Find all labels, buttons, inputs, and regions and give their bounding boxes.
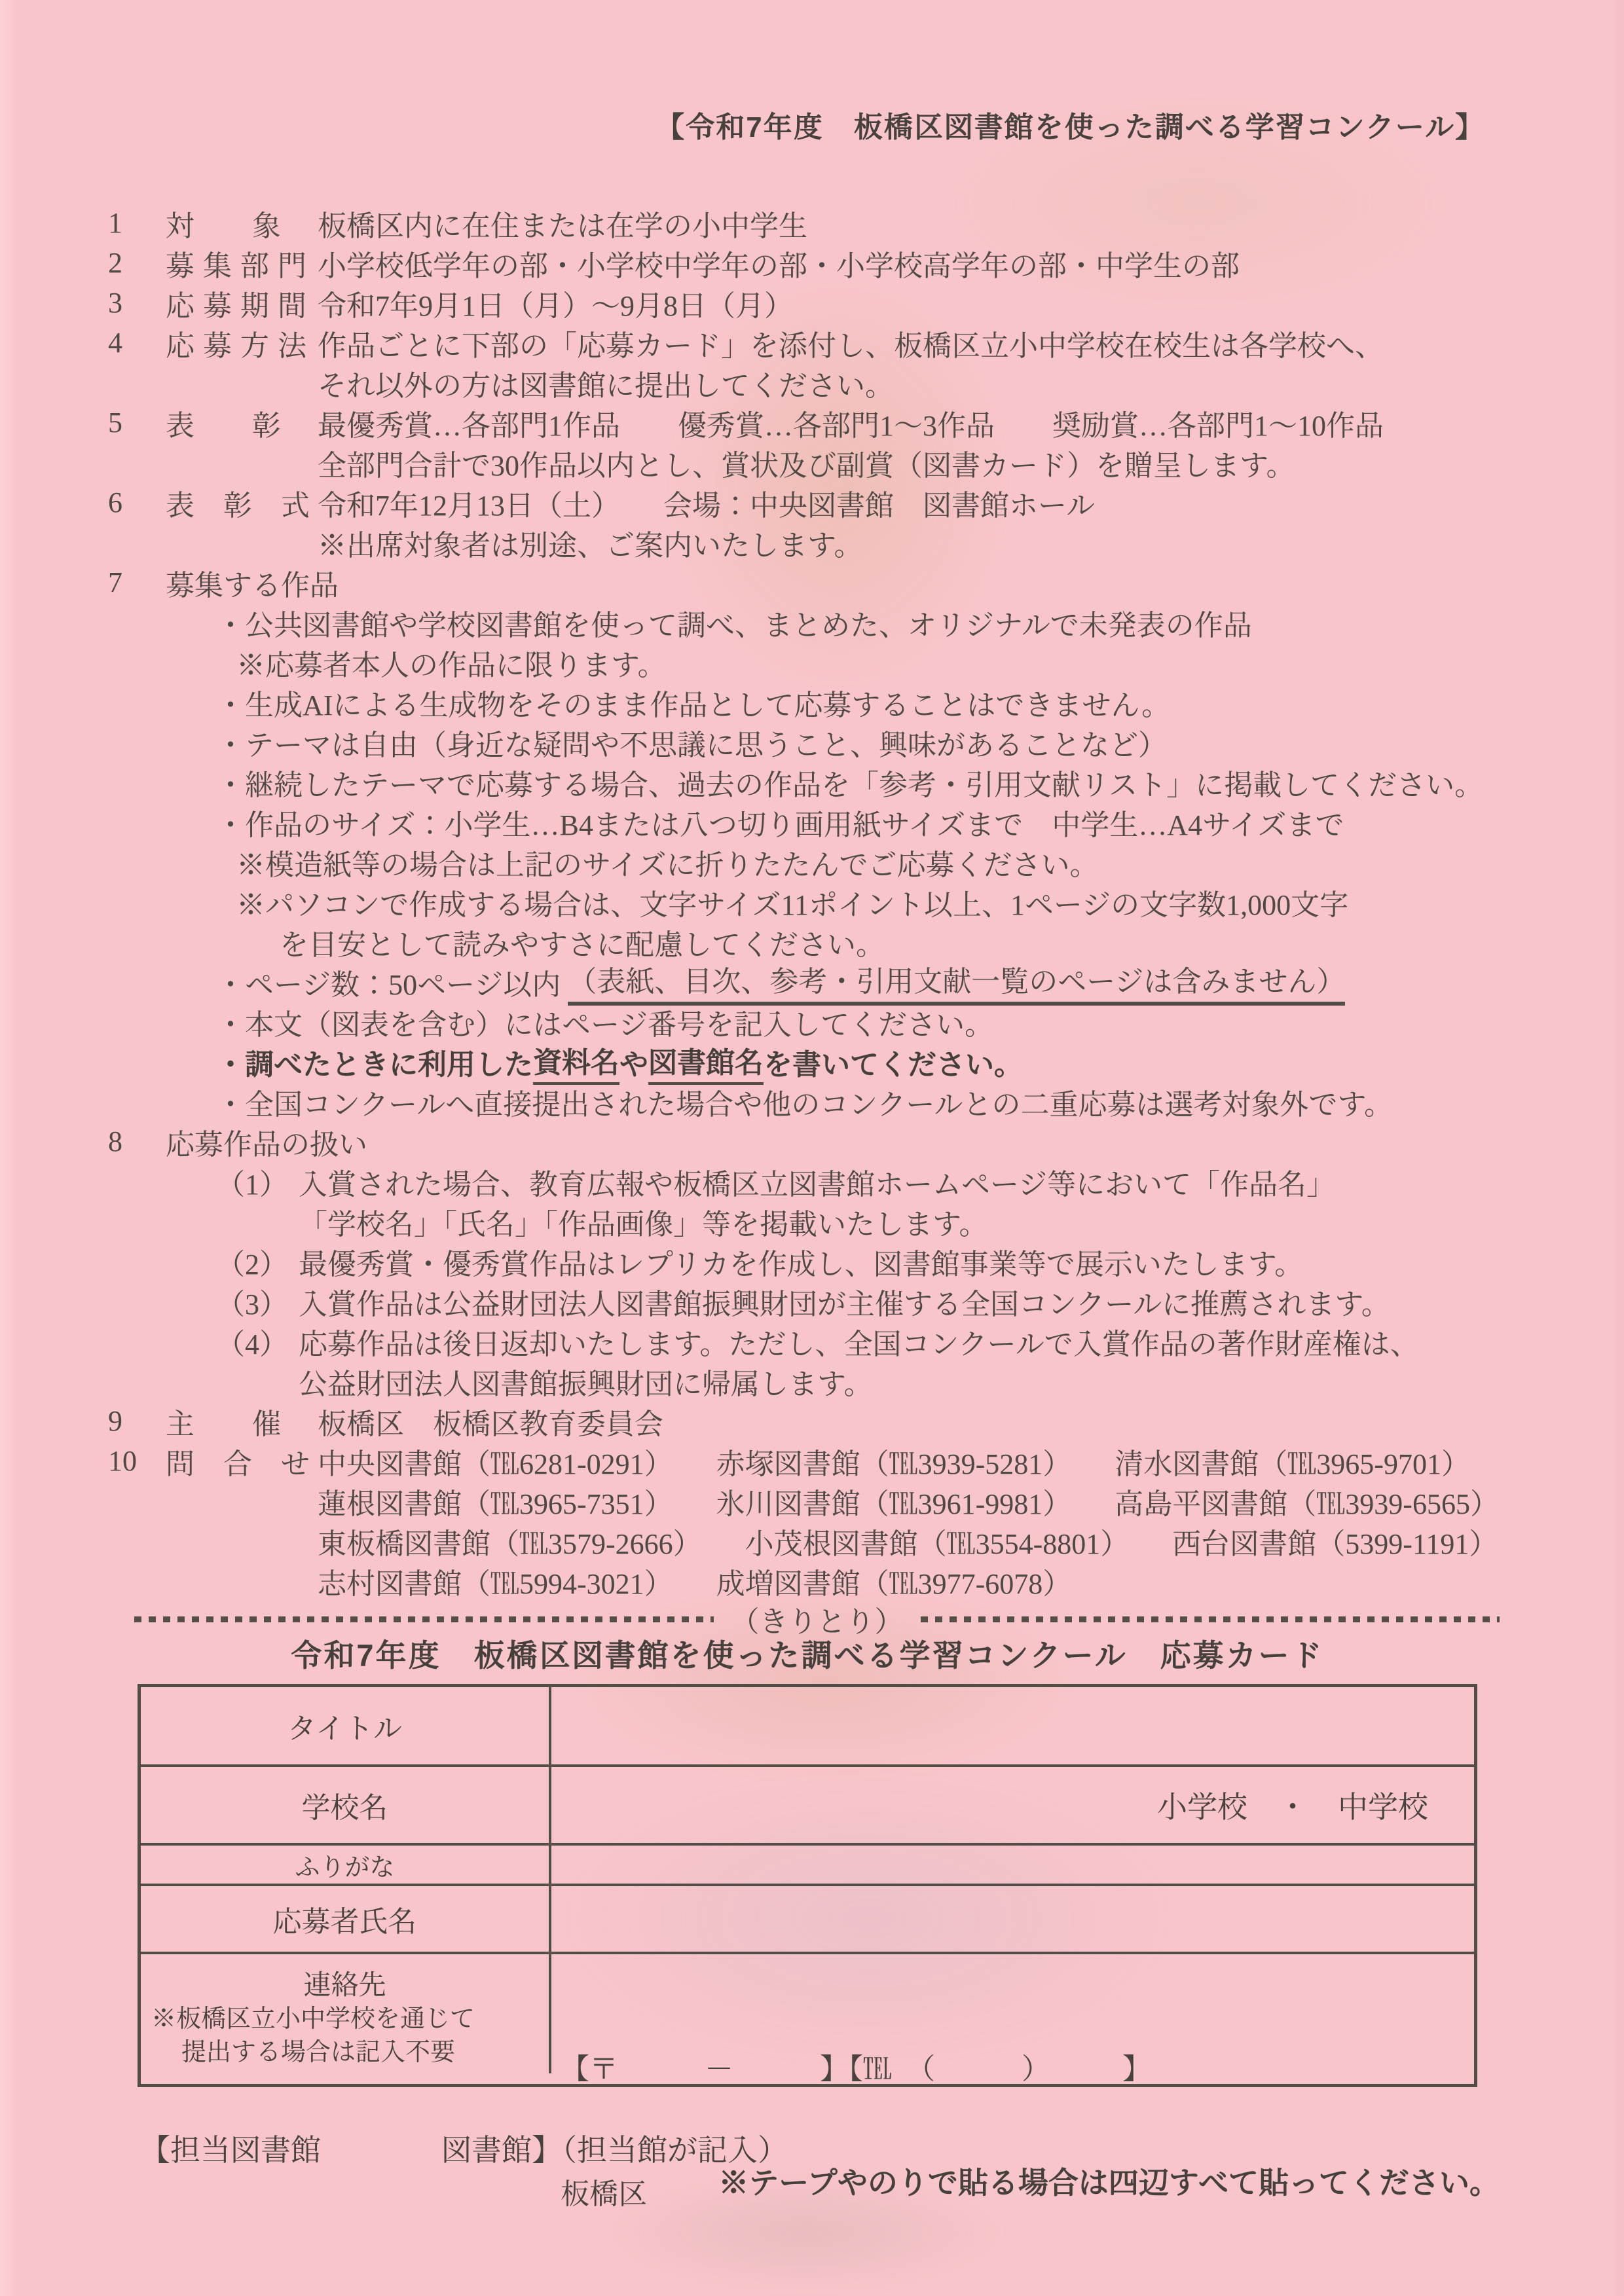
table-row-applicant-name: 応募者氏名 xyxy=(141,1884,1474,1952)
note-text: ※応募者本人の作品に限ります。 xyxy=(236,642,666,683)
item-text: それ以外の方は図書館に提出してください。 xyxy=(108,362,894,404)
sub-item-number: （2） xyxy=(216,1241,299,1283)
table-row-school: 学校名 小学校 ・ 中学校 xyxy=(141,1764,1474,1843)
bullet-text: ・作品のサイズ：小学生…B4または八つ切り画用紙サイズまで 中学生…A4サイズま… xyxy=(216,801,1344,843)
scanned-flyer-page: 【令和7年度 板橋区図書館を使った調べる学習コンクール】 1対 象板橋区内に在住… xyxy=(0,0,1624,2296)
table-row-furigana: ふりがな xyxy=(141,1843,1474,1884)
sub-item-continuation: 公益財団法人図書館振興財団に帰属します。 xyxy=(108,1361,1568,1401)
table-row-contact: 連絡先 ※板橋区立小中学校を通じて 提出する場合は記入不要 【〒 － 】【℡ （… xyxy=(141,1952,1474,2073)
item-label: 対 象 xyxy=(166,202,318,244)
sub-item-line: （3）入賞作品は公益財団法人図書館振興財団が主催する全国コンクールに推薦されます… xyxy=(108,1281,1568,1321)
sub-item-line: （4）応募作品は後日返却いたします。ただし、全国コンクールで入賞作品の著作財産権… xyxy=(108,1321,1568,1361)
sub-item-line: （1）入賞された場合、教育広報や板橋区立図書館ホームページ等において「作品名」 xyxy=(108,1161,1568,1201)
bullet-line-pages: ・ページ数：50ページ以内 （表紙、目次、参考・引用文献一覧のページは含みません… xyxy=(108,962,1568,1002)
item-label: 問 合 せ xyxy=(166,1440,318,1482)
item-label: 主 催 xyxy=(166,1400,318,1442)
note-text: ※パソコンで作成する場合は、文字サイズ11ポイント以上、1ページの文字数1,00… xyxy=(236,881,1348,923)
item-text: 令和7年12月13日（土） 会場：中央図書館 図書館ホール xyxy=(318,482,1095,524)
handling-library-line: 【担当図書館 図書館】（担当館が記入） xyxy=(140,2126,788,2170)
bullet-text: ・全国コンクールへ直接提出された場合や他のコンクールとの二重応募は選考対象外です… xyxy=(216,1081,1393,1123)
item-label: 募集する作品 xyxy=(166,562,339,604)
item-number: 9 xyxy=(108,1404,166,1438)
library-phone-list: 志村図書館（℡5994-3021） 成増図書館（℡3977-6078） xyxy=(318,1560,1071,1602)
item-1-row: 1対 象板橋区内に在住または在学の小中学生 xyxy=(108,203,1568,243)
item-number: 5 xyxy=(108,406,166,439)
bullet-line: ・テーマは自由（身近な疑問や不思議に思うこと、興味があることなど） xyxy=(108,722,1568,762)
bullet-line: ・本文（図表を含む）にはページ番号を記入してください。 xyxy=(108,1002,1568,1042)
cut-dashes-right xyxy=(921,1616,1500,1622)
item-label: 応募作品の扱い xyxy=(166,1121,367,1163)
sub-item-line: （2）最優秀賞・優秀賞作品はレプリカを作成し、図書館事業等で展示いたします。 xyxy=(108,1241,1568,1281)
bullet-line: ・全国コンクールへ直接提出された場合や他のコンクールとの二重応募は選考対象外です… xyxy=(108,1082,1568,1121)
document-header: 【令和7年度 板橋区図書館を使った調べる学習コンクール】 xyxy=(655,103,1485,145)
sub-item-number: （4） xyxy=(216,1321,299,1362)
bullet-line: ・継続したテーマで応募する場合、過去の作品を「参考・引用文献リスト」に掲載してく… xyxy=(108,762,1568,802)
item-10-continuation: 志村図書館（℡5994-3021） 成増図書館（℡3977-6078） xyxy=(108,1561,1568,1601)
item-number: 7 xyxy=(108,566,166,599)
notice-list: 1対 象板橋区内に在住または在学の小中学生 2募集部門小学校低学年の部・小学校中… xyxy=(108,203,1568,1601)
bullet-line-materials: ・調べたときに利用した資料名や図書館名を書いてください。 xyxy=(108,1042,1568,1082)
item-2-row: 2募集部門小学校低学年の部・小学校中学年の部・小学校高学年の部・中学生の部 xyxy=(108,243,1568,283)
contact-label-text: 連絡先 xyxy=(303,1963,386,2003)
underlined-text: 図書館名 xyxy=(648,1039,764,1085)
application-card-title: 令和7年度 板橋区図書館を使った調べる学習コンクール 応募カード xyxy=(138,1631,1477,1675)
sub-item-text: 入賞された場合、教育広報や板橋区立図書館ホームページ等において「作品名」 xyxy=(299,1161,1335,1203)
item-5-row: 5表 彰最優秀賞…各部門1作品 優秀賞…各部門1～3作品 奨励賞…各部門1～10… xyxy=(108,403,1568,443)
item-number: 1 xyxy=(108,206,166,240)
item-text: 全部門合計で30作品以内とし、賞状及び副賞（図書カード）を贈呈します。 xyxy=(108,442,1295,484)
library-phone-list: 蓮根図書館（℡3965-7351） 氷川図書館（℡3961-9981） 高島平図… xyxy=(318,1480,1499,1522)
item-label: 募集部門 xyxy=(166,242,318,284)
item-number: 2 xyxy=(108,246,166,280)
item-6-row: 6表 彰 式令和7年12月13日（土） 会場：中央図書館 図書館ホール xyxy=(108,483,1568,522)
note-text: ※模造紙等の場合は上記のサイズに折りたたんでご応募ください。 xyxy=(236,841,1098,883)
contact-input-cell: 【〒 － 】【℡ （ ） 】 板橋区 xyxy=(551,1954,1474,2073)
item-text: 作品ごとに下部の「応募カード」を添付し、板橋区立小中学校在校生は各学校へ、 xyxy=(318,322,1384,364)
sub-item-continuation: 「学校名」「氏名」「作品画像」等を掲載いたします。 xyxy=(108,1201,1568,1241)
item-text: 板橋区内に在住または在学の小中学生 xyxy=(318,202,807,244)
sub-item-text: 公益財団法人図書館振興財団に帰属します。 xyxy=(299,1360,872,1402)
item-9-row: 9主 催板橋区 板橋区教育委員会 xyxy=(108,1401,1568,1441)
item-10-continuation: 東板橋図書館（℡3579-2666） 小茂根図書館（℡3554-8801） 西台… xyxy=(108,1521,1568,1561)
underlined-text: 資料名 xyxy=(533,1039,619,1085)
bullet-text: を書いてください。 xyxy=(764,1041,1023,1083)
bullet-text: ・テーマは自由（身近な疑問や不思議に思うこと、興味があることなど） xyxy=(216,721,1167,763)
note-text: を目安として読みやすさに配慮してください。 xyxy=(280,921,885,963)
library-phone-list: 中央図書館（℡6281-0291） 赤塚図書館（℡3939-5281） 清水図書… xyxy=(318,1440,1470,1482)
item-4-continuation: それ以外の方は図書館に提出してください。 xyxy=(108,363,1568,403)
item-text: 最優秀賞…各部門1作品 優秀賞…各部門1～3作品 奨励賞…各部門1～10作品 xyxy=(318,402,1384,444)
sub-item-text: 最優秀賞・優秀賞作品はレプリカを作成し、図書館事業等で展示いたします。 xyxy=(299,1241,1303,1283)
item-number: 6 xyxy=(108,486,166,519)
note-line: ※パソコンで作成する場合は、文字サイズ11ポイント以上、1ページの文字数1,00… xyxy=(108,882,1568,922)
item-10-row: 10問 合 せ中央図書館（℡6281-0291） 赤塚図書館（℡3939-528… xyxy=(108,1441,1568,1481)
sub-item-number: （3） xyxy=(216,1281,299,1322)
row-label-applicant-name: 応募者氏名 xyxy=(141,1886,551,1952)
bullet-line: ・公共図書館や学校図書館を使って調べ、まとめた、オリジナルで未発表の作品 xyxy=(108,602,1568,642)
item-text: 小学校低学年の部・小学校中学年の部・小学校高学年の部・中学生の部 xyxy=(318,242,1240,284)
item-number: 10 xyxy=(108,1444,166,1478)
item-number: 3 xyxy=(108,286,166,319)
sub-item-text: 「学校名」「氏名」「作品画像」等を掲載いたします。 xyxy=(299,1201,987,1243)
bullet-text: ・調べたときに利用した xyxy=(216,1041,533,1083)
item-text: 板橋区 板橋区教育委員会 xyxy=(318,1400,663,1442)
bullet-text: ・本文（図表を含む）にはページ番号を記入してください。 xyxy=(216,1001,993,1043)
bullet-text: ・生成AIによる生成物をそのまま作品として応募することはできません。 xyxy=(216,682,1170,723)
bullet-text: や xyxy=(619,1041,648,1083)
application-card-table: タイトル 学校名 小学校 ・ 中学校 ふりがな 応募者氏名 連絡先 ※板橋区立小… xyxy=(138,1684,1477,2087)
title-input-cell xyxy=(551,1687,1474,1764)
item-number: 4 xyxy=(108,326,166,359)
bullet-text: ・公共図書館や学校図書館を使って調べ、まとめた、オリジナルで未発表の作品 xyxy=(216,602,1252,644)
row-label-furigana: ふりがな xyxy=(141,1846,551,1884)
contact-label-note: 提出する場合は記入不要 xyxy=(141,2036,549,2069)
table-row-title: タイトル xyxy=(141,1687,1474,1764)
applicant-name-input-cell xyxy=(551,1886,1474,1952)
item-label: 表 彰 xyxy=(166,402,318,444)
row-label-contact: 連絡先 ※板橋区立小中学校を通じて 提出する場合は記入不要 xyxy=(141,1954,551,2073)
school-input-cell: 小学校 ・ 中学校 xyxy=(551,1767,1474,1843)
note-line: ※応募者本人の作品に限ります。 xyxy=(108,642,1568,682)
item-number: 8 xyxy=(108,1125,166,1158)
bullet-text: ・ページ数：50ページ以内 xyxy=(216,961,568,1003)
cut-dashes-left xyxy=(134,1616,714,1622)
sub-item-text: 応募作品は後日返却いたします。ただし、全国コンクールで入賞作品の著作財産権は、 xyxy=(299,1321,1419,1362)
item-4-row: 4応募方法作品ごとに下部の「応募カード」を添付し、板橋区立小中学校在校生は各学校… xyxy=(108,323,1568,363)
bullet-line: ・生成AIによる生成物をそのまま作品として応募することはできません。 xyxy=(108,682,1568,722)
sub-item-number: （1） xyxy=(216,1161,299,1203)
contact-label-note: ※板橋区立小中学校を通じて xyxy=(141,2003,549,2036)
library-phone-list: 東板橋図書館（℡3579-2666） 小茂根図書館（℡3554-8801） 西台… xyxy=(318,1520,1498,1562)
note-continuation: を目安として読みやすさに配慮してください。 xyxy=(108,922,1568,962)
item-text: ※出席対象者は別途、ご案内いたします。 xyxy=(108,522,862,564)
sub-item-text: 入賞作品は公益財団法人図書館振興財団が主催する全国コンクールに推薦されます。 xyxy=(299,1281,1390,1322)
item-8-row: 8応募作品の扱い xyxy=(108,1121,1568,1161)
row-label-title: タイトル xyxy=(141,1687,551,1764)
item-3-row: 3応募期間令和7年9月1日（月）～9月8日（月） xyxy=(108,283,1568,323)
item-label: 応募期間 xyxy=(166,282,318,324)
item-6-note: ※出席対象者は別途、ご案内いたします。 xyxy=(108,522,1568,562)
row-label-school: 学校名 xyxy=(141,1767,551,1843)
item-text: 令和7年9月1日（月）～9月8日（月） xyxy=(318,282,793,324)
school-type-options: 小学校 ・ 中学校 xyxy=(1157,1783,1428,1827)
item-label: 表 彰 式 xyxy=(166,482,318,524)
bullet-line: ・作品のサイズ：小学生…B4または八つ切り画用紙サイズまで 中学生…A4サイズま… xyxy=(108,802,1568,842)
postal-tel-line: 【〒 － 】【℡ （ ） 】 xyxy=(561,2049,1474,2090)
underlined-text: （表紙、目次、参考・引用文献一覧のページは含みません） xyxy=(568,958,1345,1006)
item-label: 応募方法 xyxy=(166,322,318,364)
bullet-text: ・継続したテーマで応募する場合、過去の作品を「参考・引用文献リスト」に掲載してく… xyxy=(216,761,1483,803)
note-line: ※模造紙等の場合は上記のサイズに折りたたんでご応募ください。 xyxy=(108,842,1568,882)
item-10-continuation: 蓮根図書館（℡3965-7351） 氷川図書館（℡3961-9981） 高島平図… xyxy=(108,1481,1568,1521)
tape-glue-note: ※テープやのりで貼る場合は四辺すべて貼ってください。 xyxy=(718,2159,1500,2202)
item-5-continuation: 全部門合計で30作品以内とし、賞状及び副賞（図書カード）を贈呈します。 xyxy=(108,443,1568,483)
item-7-row: 7募集する作品 xyxy=(108,562,1568,602)
furigana-input-cell xyxy=(551,1846,1474,1884)
